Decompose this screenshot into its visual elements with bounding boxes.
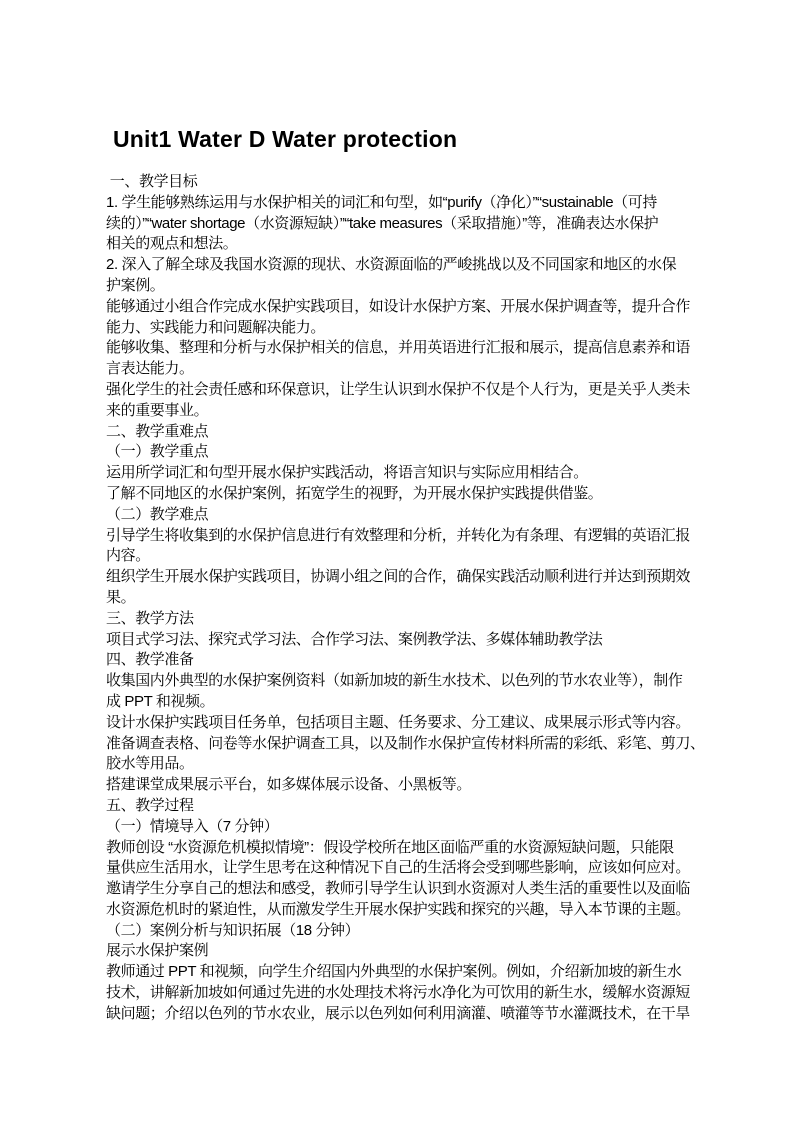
text-line: 2. 深入了解全球及我国水资源的现状、水资源面临的严峻挑战以及不同国家和地区的水… <box>106 255 706 276</box>
text-line: 量供应生活用水，让学生思考在这种情况下自己的生活将会受到哪些影响，应该如何应对。 <box>106 858 706 879</box>
text-line: 一、教学目标 <box>106 172 706 193</box>
text-line: 教师创设 “水资源危机模拟情境”：假设学校所在地区面临严重的水资源短缺问题，只能… <box>106 838 706 859</box>
text-line: 四、教学准备 <box>106 650 706 671</box>
text-line: 五、教学过程 <box>106 796 706 817</box>
text-line: 展示水保护案例 <box>106 941 706 962</box>
text-line: 续的）”“water shortage（水资源短缺）”“take measure… <box>106 214 706 235</box>
text-line: 来的重要事业。 <box>106 401 706 422</box>
text-line: 二、教学重难点 <box>106 422 706 443</box>
text-line: 护案例。 <box>106 276 706 297</box>
text-line: 缺问题；介绍以色列的节水农业，展示以色列如何利用滴灌、喷灌等节水灌溉技术，在干旱 <box>106 1004 706 1025</box>
text-line: 准备调查表格、问卷等水保护调查工具，以及制作水保护宣传材料所需的彩纸、彩笔、剪刀… <box>106 734 706 755</box>
text-line: 邀请学生分享自己的想法和感受，教师引导学生认识到水资源对人类生活的重要性以及面临 <box>106 879 706 900</box>
text-line: 三、教学方法 <box>106 609 706 630</box>
text-line: 项目式学习法、探究式学习法、合作学习法、案例教学法、多媒体辅助教学法 <box>106 630 706 651</box>
text-line: （二）教学难点 <box>106 505 706 526</box>
text-line: 设计水保护实践项目任务单，包括项目主题、任务要求、分工建议、成果展示形式等内容。 <box>106 713 706 734</box>
text-line: 内容。 <box>106 546 706 567</box>
text-line: 了解不同地区的水保护案例，拓宽学生的视野，为开展水保护实践提供借鉴。 <box>106 484 706 505</box>
document-page: Unit1 Water D Water protection 一、教学目标1. … <box>0 0 794 1123</box>
text-line: 相关的观点和想法。 <box>106 234 706 255</box>
text-line: 强化学生的社会责任感和环保意识，让学生认识到水保护不仅是个人行为，更是关乎人类未 <box>106 380 706 401</box>
text-line: 教师通过 PPT 和视频，向学生介绍国内外典型的水保护案例。例如，介绍新加坡的新… <box>106 962 706 983</box>
text-line: 运用所学词汇和句型开展水保护实践活动，将语言知识与实际应用相结合。 <box>106 463 706 484</box>
text-line: 成 PPT 和视频。 <box>106 692 706 713</box>
text-line: 能够收集、整理和分析与水保护相关的信息，并用英语进行汇报和展示，提高信息素养和语 <box>106 338 706 359</box>
text-line: 能力、实践能力和问题解决能力。 <box>106 318 706 339</box>
text-line: 收集国内外典型的水保护案例资料（如新加坡的新生水技术、以色列的节水农业等），制作 <box>106 671 706 692</box>
text-line: 技术，讲解新加坡如何通过先进的水处理技术将污水净化为可饮用的新生水，缓解水资源短 <box>106 983 706 1004</box>
text-line: 胶水等用品。 <box>106 754 706 775</box>
text-line: （二）案例分析与知识拓展（18 分钟） <box>106 921 706 942</box>
text-line: 果。 <box>106 588 706 609</box>
text-line: 1. 学生能够熟练运用与水保护相关的词汇和句型，如“purify（净化）”“su… <box>106 193 706 214</box>
text-line: 组织学生开展水保护实践项目，协调小组之间的合作，确保实践活动顺利进行并达到预期效 <box>106 567 706 588</box>
text-line: 能够通过小组合作完成水保护实践项目，如设计水保护方案、开展水保护调查等，提升合作 <box>106 297 706 318</box>
text-line: 搭建课堂成果展示平台，如多媒体展示设备、小黑板等。 <box>106 775 706 796</box>
text-line: 水资源危机时的紧迫性，从而激发学生开展水保护实践和探究的兴趣，导入本节课的主题。 <box>106 900 706 921</box>
text-line: （一）情境导入（7 分钟） <box>106 817 706 838</box>
document-body: 一、教学目标1. 学生能够熟练运用与水保护相关的词汇和句型，如“purify（净… <box>106 172 706 1025</box>
text-line: 引导学生将收集到的水保护信息进行有效整理和分析，并转化为有条理、有逻辑的英语汇报 <box>106 526 706 547</box>
text-line: 言表达能力。 <box>106 359 706 380</box>
document-title: Unit1 Water D Water protection <box>113 126 457 153</box>
text-line: （一）教学重点 <box>106 442 706 463</box>
